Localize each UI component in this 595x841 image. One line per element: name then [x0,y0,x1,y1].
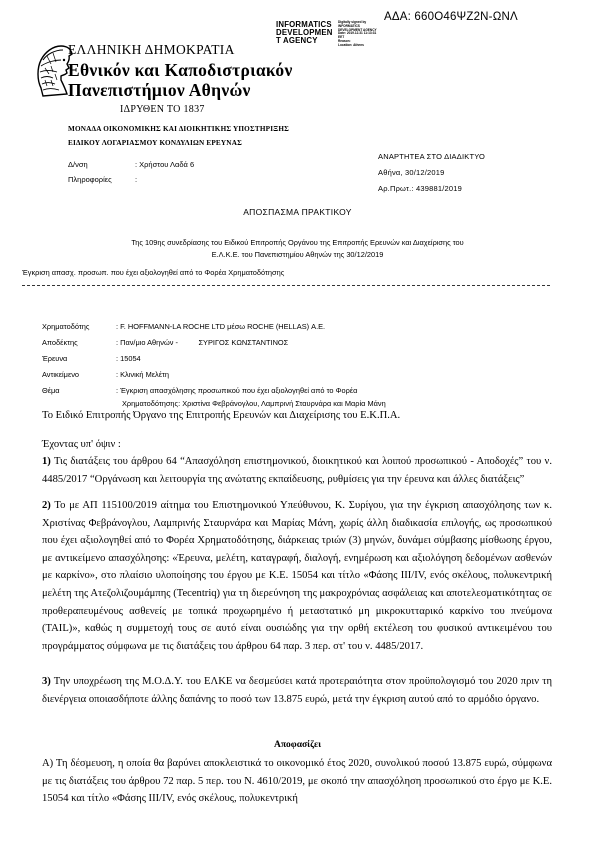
university-name-line2: Πανεπιστήμιον Αθηνών [68,80,251,101]
item-2-text: Το με ΑΠ 115100/2019 αίτημα του Επιστημο… [42,500,552,652]
info-value: : [135,175,137,184]
republic-title: ΕΛΛΗΝΙΚΗ ΔΗΜΟΚΡΑΤΙΑ [68,42,235,58]
having-regard: Έχοντας υπ' όψιν : [42,436,552,454]
field-subject-label: Θέμα [42,386,60,395]
field-object-value: : Κλινική Μελέτη [116,370,169,379]
extract-title: ΑΠΟΣΠΑΣΜΑ ΠΡΑΚΤΙΚΟΥ [0,207,595,217]
address-label: Δ/νση [68,160,88,169]
university-name-line1: Εθνικόν και Καποδιστριακόν [68,60,293,81]
item-3: 3) Την υποχρέωση της Μ.Ο.Δ.Υ. του ΕΛΚΕ ν… [42,673,552,708]
session-line-1: Της 109ης συνεδρίασης του Ειδικού Επιτρο… [0,238,595,247]
unit-subname: ΕΙΔΙΚΟΥ ΛΟΓΑΡΙΑΣΜΟΥ ΚΟΝΔΥΛΙΩΝ ΕΡΕΥΝΑΣ [68,139,242,147]
intro-paragraph: Το Ειδικό Επιτροπής Όργανο της Επιτροπής… [42,407,552,425]
field-research-label: Έρευνα [42,354,67,363]
field-research-value: : 15054 [116,354,141,363]
document-date: Αθήνα, 30/12/2019 [378,168,445,177]
stamp-line: T AGENCY [276,37,333,45]
founded-year: ΙΔΡΥΘΕΝ ΤΟ 1837 [120,104,205,115]
posting-notice: ΑΝΑΡΤΗΤΕΑ ΣΤΟ ΔΙΑΔΙΚΤΥΟ [378,152,485,161]
decides-heading: Αποφασίζει [0,740,595,750]
decision-a: Α) Τη δέσμευση, η οποία θα βαρύνει αποκλ… [42,755,552,808]
protocol-number: Αρ.Πρωτ.: 439881/2019 [378,184,462,193]
address-value: : Χρήστου Λαδά 6 [135,160,194,169]
info-label: Πληροφορίες [68,175,112,184]
item-3-text: Την υποχρέωση της Μ.Ο.Δ.Υ. του ΕΛΚΕ να δ… [42,676,552,705]
field-object-label: Αντικείμενο [42,370,79,379]
field-recipient-value: : Παν/μιο Αθηνών - ΣΥΡΙΓΟΣ ΚΩΝΣΤΑΝΤΙΝΟΣ [116,338,288,347]
signature-detail-line: Location: Athens [338,44,377,48]
unit-name: ΜΟΝΑΔΑ ΟΙΚΟΝΟΜΙΚΗΣ ΚΑΙ ΔΙΟΙΚΗΤΙΚΗΣ ΥΠΟΣΤ… [68,125,289,133]
item-1: 1) Τις διατάξεις του άρθρου 64 “Απασχόλη… [42,453,552,488]
item-1-number: 1) [42,456,51,467]
field-funder-value: : F. HOFFMANN-LA ROCHE LTD μέσω ROCHE (H… [116,322,325,331]
dashed-divider [22,285,550,286]
item-1-text: Τις διατάξεις του άρθρου 64 “Απασχόληση … [42,456,552,485]
session-line-2: Ε.Λ.Κ.Ε. του Πανεπιστημίου Αθηνών της 30… [0,250,595,259]
signature-stamp: INFORMATICS DEVELOPMEN T AGENCY [276,21,333,45]
field-subject-value: : Έγκριση απασχόλησης προσωπικού που έχε… [116,386,357,395]
subject-summary: Έγκριση απασχ. προσωπ. που έχει αξιολογη… [22,268,284,277]
item-2-number: 2) [42,500,51,511]
signature-details: Digitally signed by INFORMATICS DEVELOPM… [338,21,377,48]
field-recipient-label: Αποδέκτης [42,338,78,347]
item-3-number: 3) [42,676,51,687]
ada-code: ΑΔΑ: 660Ο46ΨΖ2Ν-ΩΝΛ [384,11,518,23]
item-2: 2) Το με ΑΠ 115100/2019 αίτημα του Επιστ… [42,497,552,655]
field-funder-label: Χρηματοδότης [42,322,89,331]
